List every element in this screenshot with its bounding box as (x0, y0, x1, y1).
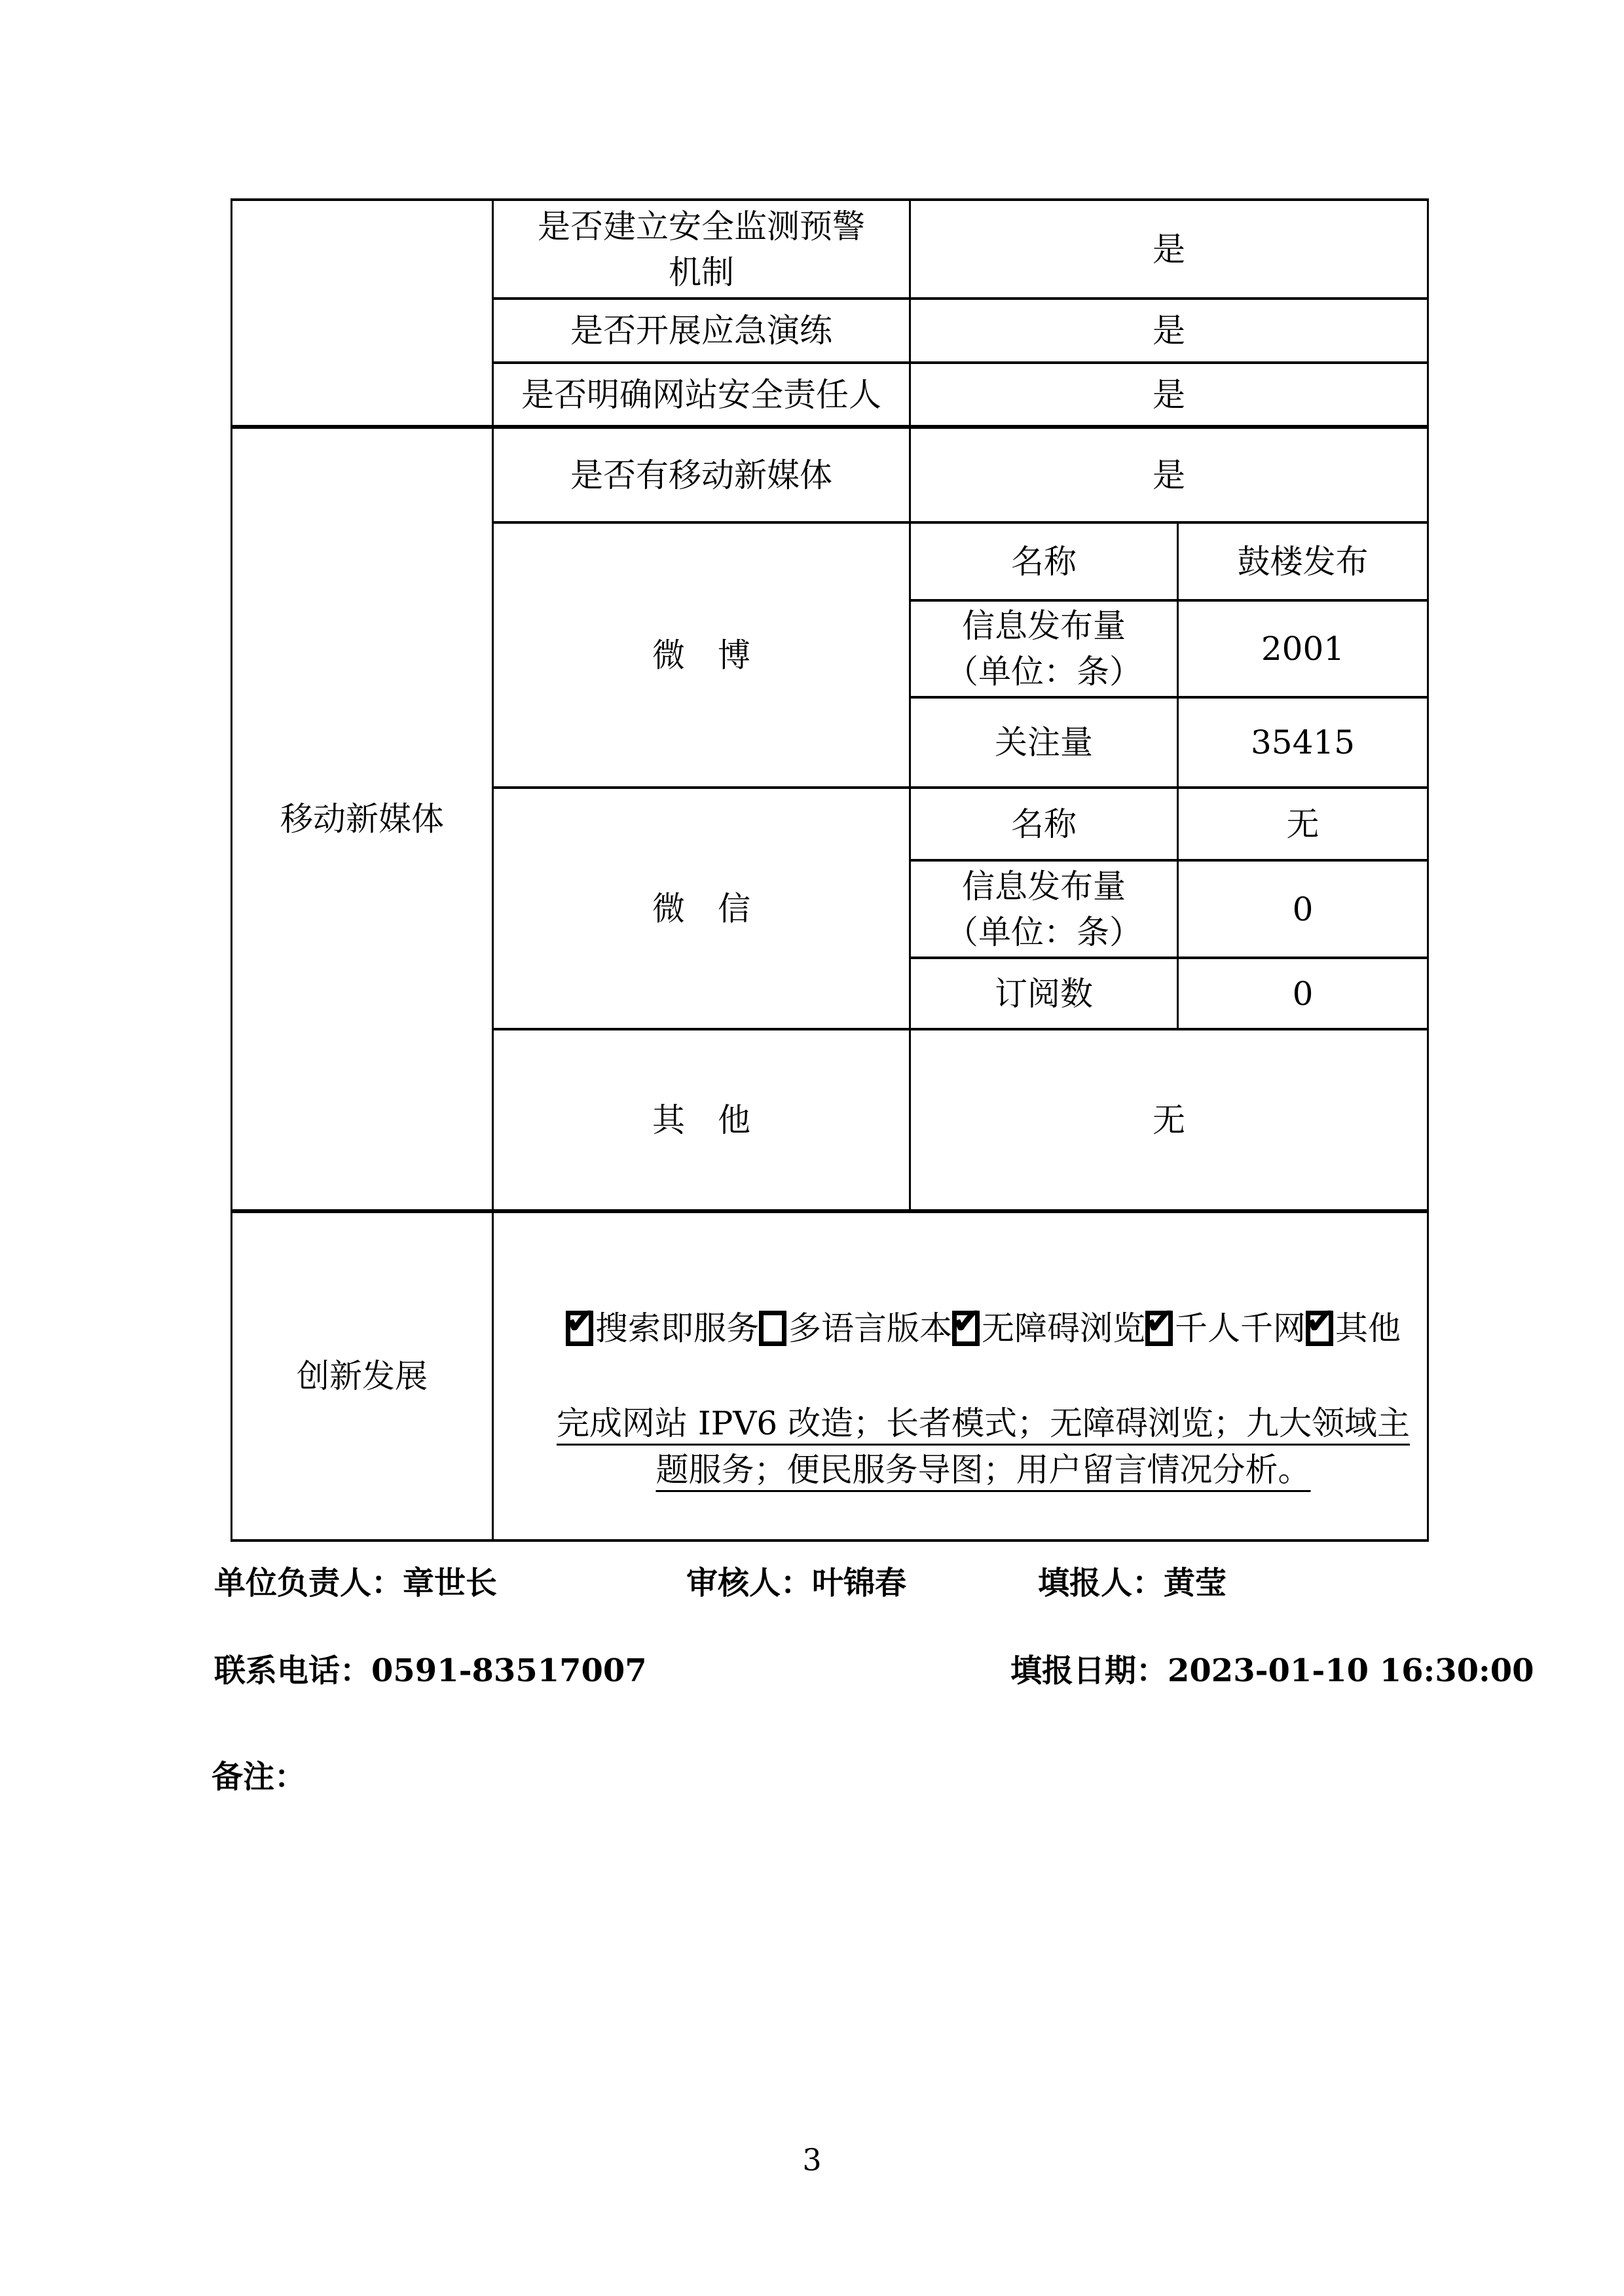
footer-filler: 填报人：黄莹 (1038, 1565, 1227, 1601)
footer-reviewer: 审核人：叶锦春 (686, 1565, 906, 1601)
checkbox-label: 无障碍浏览 (982, 1309, 1145, 1347)
weibo-followers-label: 关注量 (910, 697, 1178, 788)
checkbox-icon (952, 1311, 980, 1346)
wechat-subs-label: 订阅数 (910, 958, 1178, 1029)
footer-responsible-person: 单位负责人：章世长 (214, 1565, 497, 1601)
emergency-drill-value: 是 (910, 299, 1428, 363)
checkbox-item-other: 其他 (1306, 1305, 1401, 1352)
checkbox-item-accessibility: 无障碍浏览 (952, 1305, 1145, 1352)
checkbox-icon (1306, 1311, 1333, 1346)
weibo-followers-value: 35415 (1178, 697, 1428, 788)
empty-section-cell (232, 200, 493, 427)
innovation-cell: 搜索即服务多语言版本无障碍浏览千人千网其他 完成网站 IPV6 改造；长者模式；… (493, 1211, 1428, 1540)
checkbox-icon (759, 1311, 786, 1346)
security-owner-value: 是 (910, 363, 1428, 427)
footer-remark-label: 备注： (212, 1758, 306, 1795)
page-number: 3 (0, 2142, 1624, 2178)
section-mobile-media: 移动新媒体 (232, 427, 493, 1211)
innovation-checkbox-line: 搜索即服务多语言版本无障碍浏览千人千网其他 (554, 1305, 1412, 1352)
checkbox-label: 多语言版本 (788, 1309, 952, 1347)
checkbox-item-multilingual: 多语言版本 (759, 1305, 952, 1352)
weibo-label: 微 博 (493, 522, 910, 788)
wechat-name-value: 无 (1178, 788, 1428, 860)
other-media-value: 无 (910, 1029, 1428, 1211)
weibo-name-label: 名称 (910, 522, 1178, 600)
checkbox-label: 千人千网 (1175, 1309, 1306, 1347)
security-owner-label: 是否明确网站安全责任人 (493, 363, 910, 427)
security-warning-value: 是 (910, 200, 1428, 299)
report-table: 是否建立安全监测预警 机制 是 是否开展应急演练 是 是否明确网站安全责任人 是… (231, 198, 1429, 1542)
has-mobile-media-label: 是否有移动新媒体 (493, 427, 910, 522)
emergency-drill-label: 是否开展应急演练 (493, 299, 910, 363)
weibo-posts-value: 2001 (1178, 600, 1428, 697)
checkbox-item-search-service: 搜索即服务 (566, 1305, 759, 1352)
section-innovation: 创新发展 (232, 1211, 493, 1540)
wechat-label: 微 信 (493, 788, 910, 1029)
innovation-description: 完成网站 IPV6 改造；长者模式；无障碍浏览；九大领域主 题服务；便民服务导图… (557, 1400, 1410, 1493)
wechat-subs-value: 0 (1178, 958, 1428, 1029)
innovation-content: 搜索即服务多语言版本无障碍浏览千人千网其他 完成网站 IPV6 改造；长者模式；… (494, 1259, 1427, 1493)
wechat-posts-label: 信息发布量 （单位：条） (910, 860, 1178, 958)
security-warning-label: 是否建立安全监测预警 机制 (493, 200, 910, 299)
weibo-posts-label: 信息发布量 （单位：条） (910, 600, 1178, 697)
wechat-posts-value: 0 (1178, 860, 1428, 958)
wechat-name-label: 名称 (910, 788, 1178, 860)
other-media-label: 其 他 (493, 1029, 910, 1211)
checkbox-label: 其他 (1335, 1309, 1401, 1347)
checkbox-icon (1145, 1311, 1173, 1346)
footer-phone: 联系电话：0591-83517007 (214, 1652, 647, 1689)
checkbox-icon (566, 1311, 593, 1346)
checkbox-item-personalized: 千人千网 (1145, 1305, 1306, 1352)
footer-report-date: 填报日期：2023-01-10 16:30:00 (1010, 1652, 1534, 1689)
weibo-name-value: 鼓楼发布 (1178, 522, 1428, 600)
report-page: 是否建立安全监测预警 机制 是 是否开展应急演练 是 是否明确网站安全责任人 是… (0, 0, 1624, 2296)
checkbox-label: 搜索即服务 (595, 1309, 759, 1347)
has-mobile-media-value: 是 (910, 427, 1428, 522)
